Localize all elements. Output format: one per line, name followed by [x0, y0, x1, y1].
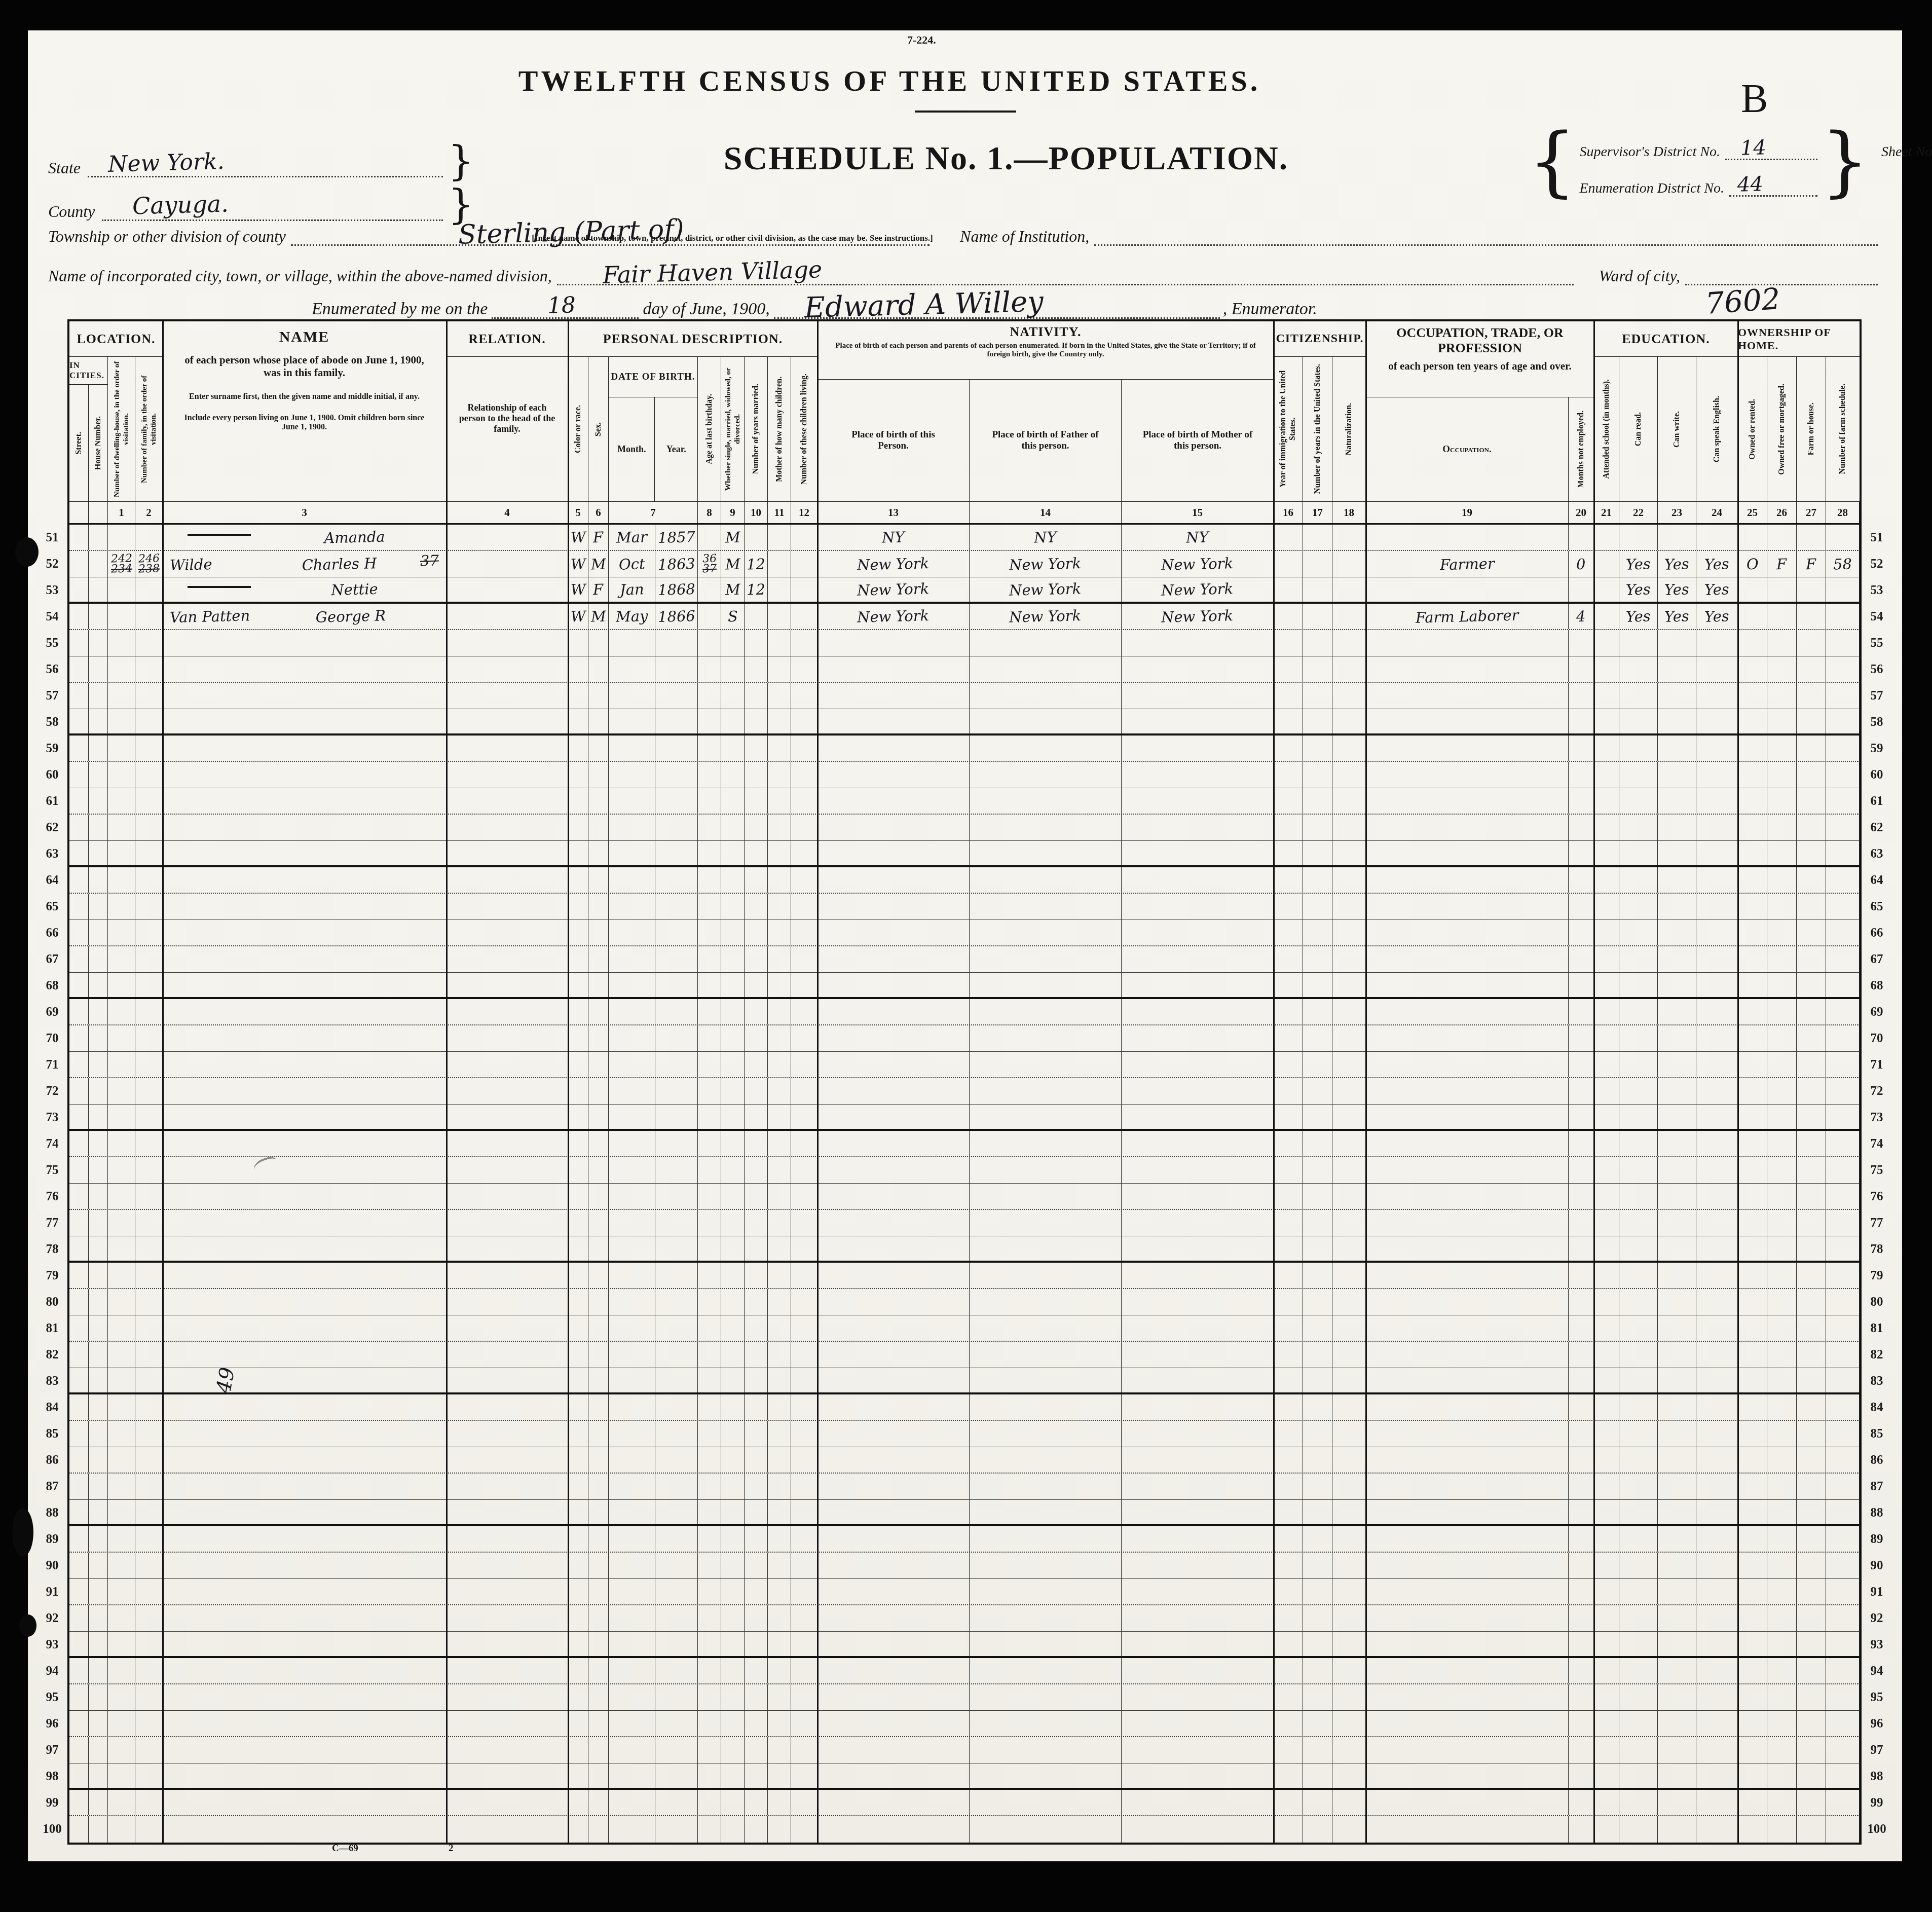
cell-relation [447, 867, 568, 893]
cell-name [163, 1526, 447, 1552]
cell-free [1767, 1816, 1797, 1843]
cell-relation [447, 1658, 568, 1683]
cell-months_ne [1569, 867, 1594, 893]
cell-schedule [1826, 1052, 1860, 1077]
cell-farm [1797, 656, 1826, 682]
column-number: 17 [1303, 502, 1332, 523]
cell-age [698, 1236, 721, 1261]
cell-naturalization [1332, 1763, 1366, 1788]
cell-house [89, 1474, 108, 1499]
cell-pob_person [818, 841, 970, 865]
cell-marital [721, 1236, 745, 1261]
education-title: EDUCATION. [1594, 321, 1738, 357]
table-row [69, 1553, 1860, 1579]
col-header-farm-schedule: Number of farm schedule. [1837, 382, 1848, 476]
cell-schedule [1826, 1157, 1860, 1183]
cell-farm: F [1797, 551, 1826, 577]
cell-write [1658, 1605, 1696, 1631]
cell-age [698, 867, 721, 893]
cell-relation [447, 1711, 568, 1736]
cell-year [655, 1078, 698, 1104]
cell-children_living [791, 1052, 818, 1077]
row-number: 62 [37, 815, 67, 841]
cell-age [698, 762, 721, 788]
cell-school [1594, 1579, 1619, 1604]
cell-speak [1696, 1763, 1738, 1788]
cell-house [89, 1184, 108, 1209]
cell-dwelling [108, 815, 135, 840]
cell-years_us [1303, 1025, 1332, 1051]
cell-house [89, 1526, 108, 1552]
table-row [69, 1790, 1860, 1816]
name-note2: Include every person living on June 1, 1… [163, 401, 446, 432]
cell-years_married: 12 [745, 577, 768, 602]
cell-school [1594, 1078, 1619, 1104]
cell-marital [721, 762, 745, 788]
cell-occupation [1366, 1105, 1569, 1129]
cell-years_married [745, 683, 768, 709]
cell-schedule [1826, 1315, 1860, 1341]
cell-year [655, 1368, 698, 1392]
cell-mother_children [768, 1658, 791, 1683]
cell-farm [1797, 999, 1826, 1024]
cell-write [1658, 1342, 1696, 1368]
cell-months_ne [1569, 1447, 1594, 1473]
cell-house [89, 1052, 108, 1077]
cell-family [135, 1105, 163, 1129]
cell-pob_person [818, 1025, 970, 1051]
cell-pob_person [818, 1131, 970, 1156]
cell-mother_children [768, 577, 791, 602]
cell-months_ne [1569, 630, 1594, 656]
cell-owned [1738, 1658, 1767, 1683]
cell-color [568, 683, 588, 709]
cell-read [1619, 1342, 1658, 1368]
group-separator [1273, 321, 1275, 1843]
cell-months_ne [1569, 1263, 1594, 1288]
table-row [69, 656, 1860, 683]
cell-school [1594, 973, 1619, 997]
cell-pob_person [818, 973, 970, 997]
cell-imm_year [1274, 577, 1303, 602]
cell-owned [1738, 1447, 1767, 1473]
cell-school [1594, 1658, 1619, 1683]
cell-years_us [1303, 1157, 1332, 1183]
cell-children_living [791, 1342, 818, 1368]
cell-months_ne [1569, 1184, 1594, 1209]
cell-name [163, 1289, 447, 1315]
row-number: 90 [37, 1553, 67, 1579]
cell-pob_father [970, 867, 1122, 893]
cell-family [135, 1184, 163, 1209]
cell-sex [588, 1632, 609, 1656]
cell-year [655, 1236, 698, 1261]
cell-age [698, 946, 721, 972]
cell-children_living [791, 867, 818, 893]
row-number: 75 [1862, 1157, 1892, 1184]
cell-age [698, 604, 721, 629]
table-row [69, 973, 1860, 999]
cell-pob_father [970, 788, 1122, 814]
cell-pob_person [818, 920, 970, 945]
cell-imm_year [1274, 551, 1303, 577]
cell-pob_person [818, 1500, 970, 1524]
cell-name [163, 1790, 447, 1815]
cell-schedule [1826, 1553, 1860, 1578]
cell-pob_father [970, 1684, 1122, 1710]
cell-pob_father [970, 1105, 1122, 1129]
cell-read [1619, 1500, 1658, 1524]
cell-children_living [791, 1737, 818, 1763]
cell-years_married [745, 1025, 768, 1051]
cell-street [69, 1105, 89, 1129]
cell-month: Mar [609, 525, 655, 550]
cell-color [568, 1025, 588, 1051]
row-number: 96 [37, 1711, 67, 1737]
cell-occupation [1366, 1658, 1569, 1683]
cell-children_living [791, 1658, 818, 1683]
table-row: AmandaWFMar1857MNYNYNY [69, 525, 1860, 551]
cell-years_us [1303, 577, 1332, 602]
cell-dwelling [108, 1263, 135, 1288]
cell-months_ne [1569, 1500, 1594, 1524]
cell-write [1658, 1236, 1696, 1261]
cell-school [1594, 1236, 1619, 1261]
cell-free [1767, 1526, 1797, 1552]
table-row [69, 1236, 1860, 1263]
col-header-can-speak-english: Can speak English. [1711, 394, 1723, 464]
cell-months_ne [1569, 1131, 1594, 1156]
row-number: 57 [37, 683, 67, 709]
cell-name [163, 815, 447, 840]
cell-speak [1696, 920, 1738, 945]
scan-edge-bottom [0, 1859, 1932, 1912]
cell-year [655, 1315, 698, 1341]
cell-street [69, 762, 89, 788]
cell-relation [447, 1105, 568, 1129]
cell-marital [721, 1078, 745, 1104]
col-header-can-read: Can read. [1632, 410, 1644, 448]
cell-years_us [1303, 1078, 1332, 1104]
cell-year [655, 1737, 698, 1763]
cell-street [69, 1632, 89, 1656]
cell-pob_mother [1122, 1315, 1274, 1341]
cell-marital [721, 1342, 745, 1368]
cell-farm [1797, 1184, 1826, 1209]
cell-age: 3637 [698, 551, 721, 577]
cell-year [655, 1711, 698, 1736]
cell-schedule [1826, 1816, 1860, 1843]
cell-pob_mother [1122, 1105, 1274, 1129]
cell-farm [1797, 973, 1826, 997]
ownership-title: OWNERSHIP OF HOME. [1738, 321, 1860, 357]
cell-sex [588, 1210, 609, 1236]
cell-relation [447, 788, 568, 814]
cell-month [609, 1658, 655, 1683]
cell-free [1767, 1184, 1797, 1209]
cell-owned [1738, 1605, 1767, 1631]
cell-pob_person [818, 1421, 970, 1447]
cell-speak [1696, 709, 1738, 733]
cell-school [1594, 683, 1619, 709]
cell-name [163, 1500, 447, 1524]
cell-house [89, 1236, 108, 1261]
cell-naturalization [1332, 1526, 1366, 1552]
table-row [69, 1526, 1860, 1553]
cell-free [1767, 1684, 1797, 1710]
cell-month [609, 1447, 655, 1473]
cell-read [1619, 946, 1658, 972]
cell-imm_year [1274, 630, 1303, 656]
cell-dwelling [108, 1684, 135, 1710]
cell-farm [1797, 1737, 1826, 1763]
personal-title: PERSONAL DESCRIPTION. [568, 321, 818, 357]
cell-read [1619, 894, 1658, 920]
cell-read [1619, 999, 1658, 1024]
stamp-number: 7602 [1704, 281, 1781, 321]
table-row [69, 1368, 1860, 1394]
cell-occupation [1366, 1210, 1569, 1236]
cell-write [1658, 1131, 1696, 1156]
cell-dwelling [108, 1526, 135, 1552]
table-row: Van PattenGeorge RWMMay1866SNew YorkNew … [69, 604, 1860, 630]
cell-speak [1696, 1737, 1738, 1763]
cell-family [135, 1790, 163, 1815]
group-separator [446, 321, 448, 1843]
state-value: New York. [107, 149, 225, 177]
cell-occupation [1366, 525, 1569, 550]
cell-color [568, 1184, 588, 1209]
cell-mother_children [768, 999, 791, 1024]
cell-pob_father [970, 1210, 1122, 1236]
cell-years_us [1303, 1289, 1332, 1315]
cell-marital [721, 1711, 745, 1736]
table-row [69, 1078, 1860, 1105]
cell-schedule [1826, 1236, 1860, 1261]
table-row [69, 815, 1860, 841]
cell-owned [1738, 1526, 1767, 1552]
cell-imm_year [1274, 788, 1303, 814]
cell-farm [1797, 762, 1826, 788]
cell-school [1594, 656, 1619, 682]
cell-color [568, 1553, 588, 1578]
cell-street [69, 920, 89, 945]
cell-school [1594, 1052, 1619, 1077]
cell-imm_year [1274, 1526, 1303, 1552]
cell-free [1767, 1763, 1797, 1788]
table-row [69, 1263, 1860, 1289]
cell-street [69, 1526, 89, 1552]
cell-mother_children [768, 946, 791, 972]
cell-dwelling [108, 683, 135, 709]
cell-years_married [745, 973, 768, 997]
table-row [69, 1474, 1860, 1500]
cell-imm_year [1274, 1368, 1303, 1392]
column-number: 2 [135, 502, 163, 523]
cell-pob_mother [1122, 1553, 1274, 1578]
cell-children_living [791, 788, 818, 814]
cell-color [568, 1763, 588, 1788]
cell-dwelling [108, 1711, 135, 1736]
cell-children_living [791, 1816, 818, 1843]
cell-years_married [745, 1289, 768, 1315]
cell-marital [721, 788, 745, 814]
cell-years_married [745, 1184, 768, 1209]
cell-imm_year [1274, 1105, 1303, 1129]
cell-age [698, 1684, 721, 1710]
name-note1: Enter surname first, then the given name… [163, 379, 446, 401]
cell-pob_person [818, 1790, 970, 1815]
cell-house [89, 920, 108, 945]
row-number: 100 [1862, 1816, 1892, 1843]
col-header-age: Age at last birthday. [703, 392, 715, 466]
col-header-months-not-employed: Months not employed. [1575, 409, 1587, 490]
ward-fill [1685, 264, 1878, 285]
cell-pob_mother [1122, 1605, 1274, 1631]
row-number: 78 [1862, 1236, 1892, 1263]
cell-color [568, 1447, 588, 1473]
cell-speak [1696, 1263, 1738, 1288]
row-number: 61 [1862, 788, 1892, 815]
cell-free [1767, 1236, 1797, 1261]
cell-pob_father [970, 894, 1122, 920]
cell-sex [588, 867, 609, 893]
cell-years_us [1303, 525, 1332, 550]
cell-pob_person [818, 1052, 970, 1077]
cell-family [135, 946, 163, 972]
cell-sex [588, 1157, 609, 1183]
row-number: 55 [1862, 630, 1892, 656]
cell-sex [588, 1236, 609, 1261]
location-title: LOCATION. [69, 321, 163, 357]
cell-pob_father: New York [970, 604, 1122, 629]
cell-owned [1738, 1763, 1767, 1788]
cell-imm_year [1274, 604, 1303, 629]
cell-years_us [1303, 1605, 1332, 1631]
cell-pob_father [970, 1394, 1122, 1420]
cell-years_us [1303, 1632, 1332, 1656]
cell-pob_mother [1122, 709, 1274, 733]
cell-imm_year [1274, 973, 1303, 997]
cell-sex [588, 1025, 609, 1051]
cell-pob_person [818, 1763, 970, 1788]
cell-year [655, 1763, 698, 1788]
cell-schedule [1826, 1078, 1860, 1104]
cell-years_us [1303, 867, 1332, 893]
cell-years_married [745, 1052, 768, 1077]
cell-street [69, 604, 89, 629]
cell-pob_father [970, 1658, 1122, 1683]
cell-write [1658, 1632, 1696, 1656]
cell-schedule [1826, 1342, 1860, 1368]
cell-months_ne [1569, 1605, 1594, 1631]
cell-schedule [1826, 815, 1860, 840]
cell-marital [721, 1210, 745, 1236]
col-header-attended-school: Attended school (in months). [1601, 377, 1612, 481]
cell-sex [588, 1315, 609, 1341]
column-number: 11 [768, 502, 791, 523]
cell-speak [1696, 1342, 1738, 1368]
cell-mother_children [768, 525, 791, 550]
cell-naturalization [1332, 736, 1366, 761]
group-separator [1365, 321, 1367, 1843]
row-number: 97 [1862, 1737, 1892, 1763]
cell-write [1658, 683, 1696, 709]
cell-years_married [745, 1131, 768, 1156]
cell-pob_person [818, 1394, 970, 1420]
row-number: 62 [1862, 815, 1892, 841]
cell-house [89, 709, 108, 733]
cell-year [655, 736, 698, 761]
cell-month [609, 1737, 655, 1763]
cell-free [1767, 1658, 1797, 1683]
cell-owned [1738, 1684, 1767, 1710]
cell-owned [1738, 1368, 1767, 1392]
cell-school [1594, 1553, 1619, 1578]
cell-age [698, 841, 721, 865]
cell-dwelling [108, 1632, 135, 1656]
cell-sex [588, 1394, 609, 1420]
cell-color [568, 1394, 588, 1420]
cell-family [135, 1500, 163, 1524]
cell-sex [588, 1289, 609, 1315]
cell-imm_year [1274, 1553, 1303, 1578]
cell-children_living [791, 1553, 818, 1578]
cell-months_ne: 4 [1569, 604, 1594, 629]
cell-month [609, 1474, 655, 1499]
cell-pob_person: New York [818, 551, 970, 577]
table-row: 242234246238WildeCharles H37WMOct1863363… [69, 551, 1860, 577]
cell-free [1767, 1553, 1797, 1578]
cell-years_us [1303, 1421, 1332, 1447]
cell-write [1658, 920, 1696, 945]
cell-age [698, 1184, 721, 1209]
cell-house [89, 1025, 108, 1051]
cell-years_us [1303, 841, 1332, 865]
cell-months_ne [1569, 1579, 1594, 1604]
cell-family [135, 1025, 163, 1051]
cell-dwelling [108, 1553, 135, 1578]
cell-pob_father [970, 1790, 1122, 1815]
cell-farm [1797, 1394, 1826, 1420]
row-number: 98 [1862, 1763, 1892, 1790]
cell-years_married [745, 1474, 768, 1499]
cell-speak [1696, 867, 1738, 893]
cell-year [655, 946, 698, 972]
relation-desc: Relationship of each person to the head … [447, 357, 568, 434]
cell-school [1594, 920, 1619, 945]
cell-month: Jan [609, 577, 655, 602]
cell-relation [447, 1526, 568, 1552]
ink-blob [12, 1508, 33, 1557]
cell-year [655, 1474, 698, 1499]
cell-relation [447, 1315, 568, 1341]
cell-free [1767, 577, 1797, 602]
cell-speak [1696, 1368, 1738, 1392]
cell-year [655, 709, 698, 733]
cell-years_married [745, 1711, 768, 1736]
cell-year [655, 815, 698, 840]
cell-dwelling [108, 1105, 135, 1129]
cell-occupation [1366, 1632, 1569, 1656]
cell-house [89, 1394, 108, 1420]
cell-dwelling [108, 788, 135, 814]
row-number: 81 [1862, 1315, 1892, 1342]
cell-name [163, 1315, 447, 1341]
cell-school [1594, 999, 1619, 1024]
table-row [69, 1105, 1860, 1131]
cell-owned [1738, 867, 1767, 893]
